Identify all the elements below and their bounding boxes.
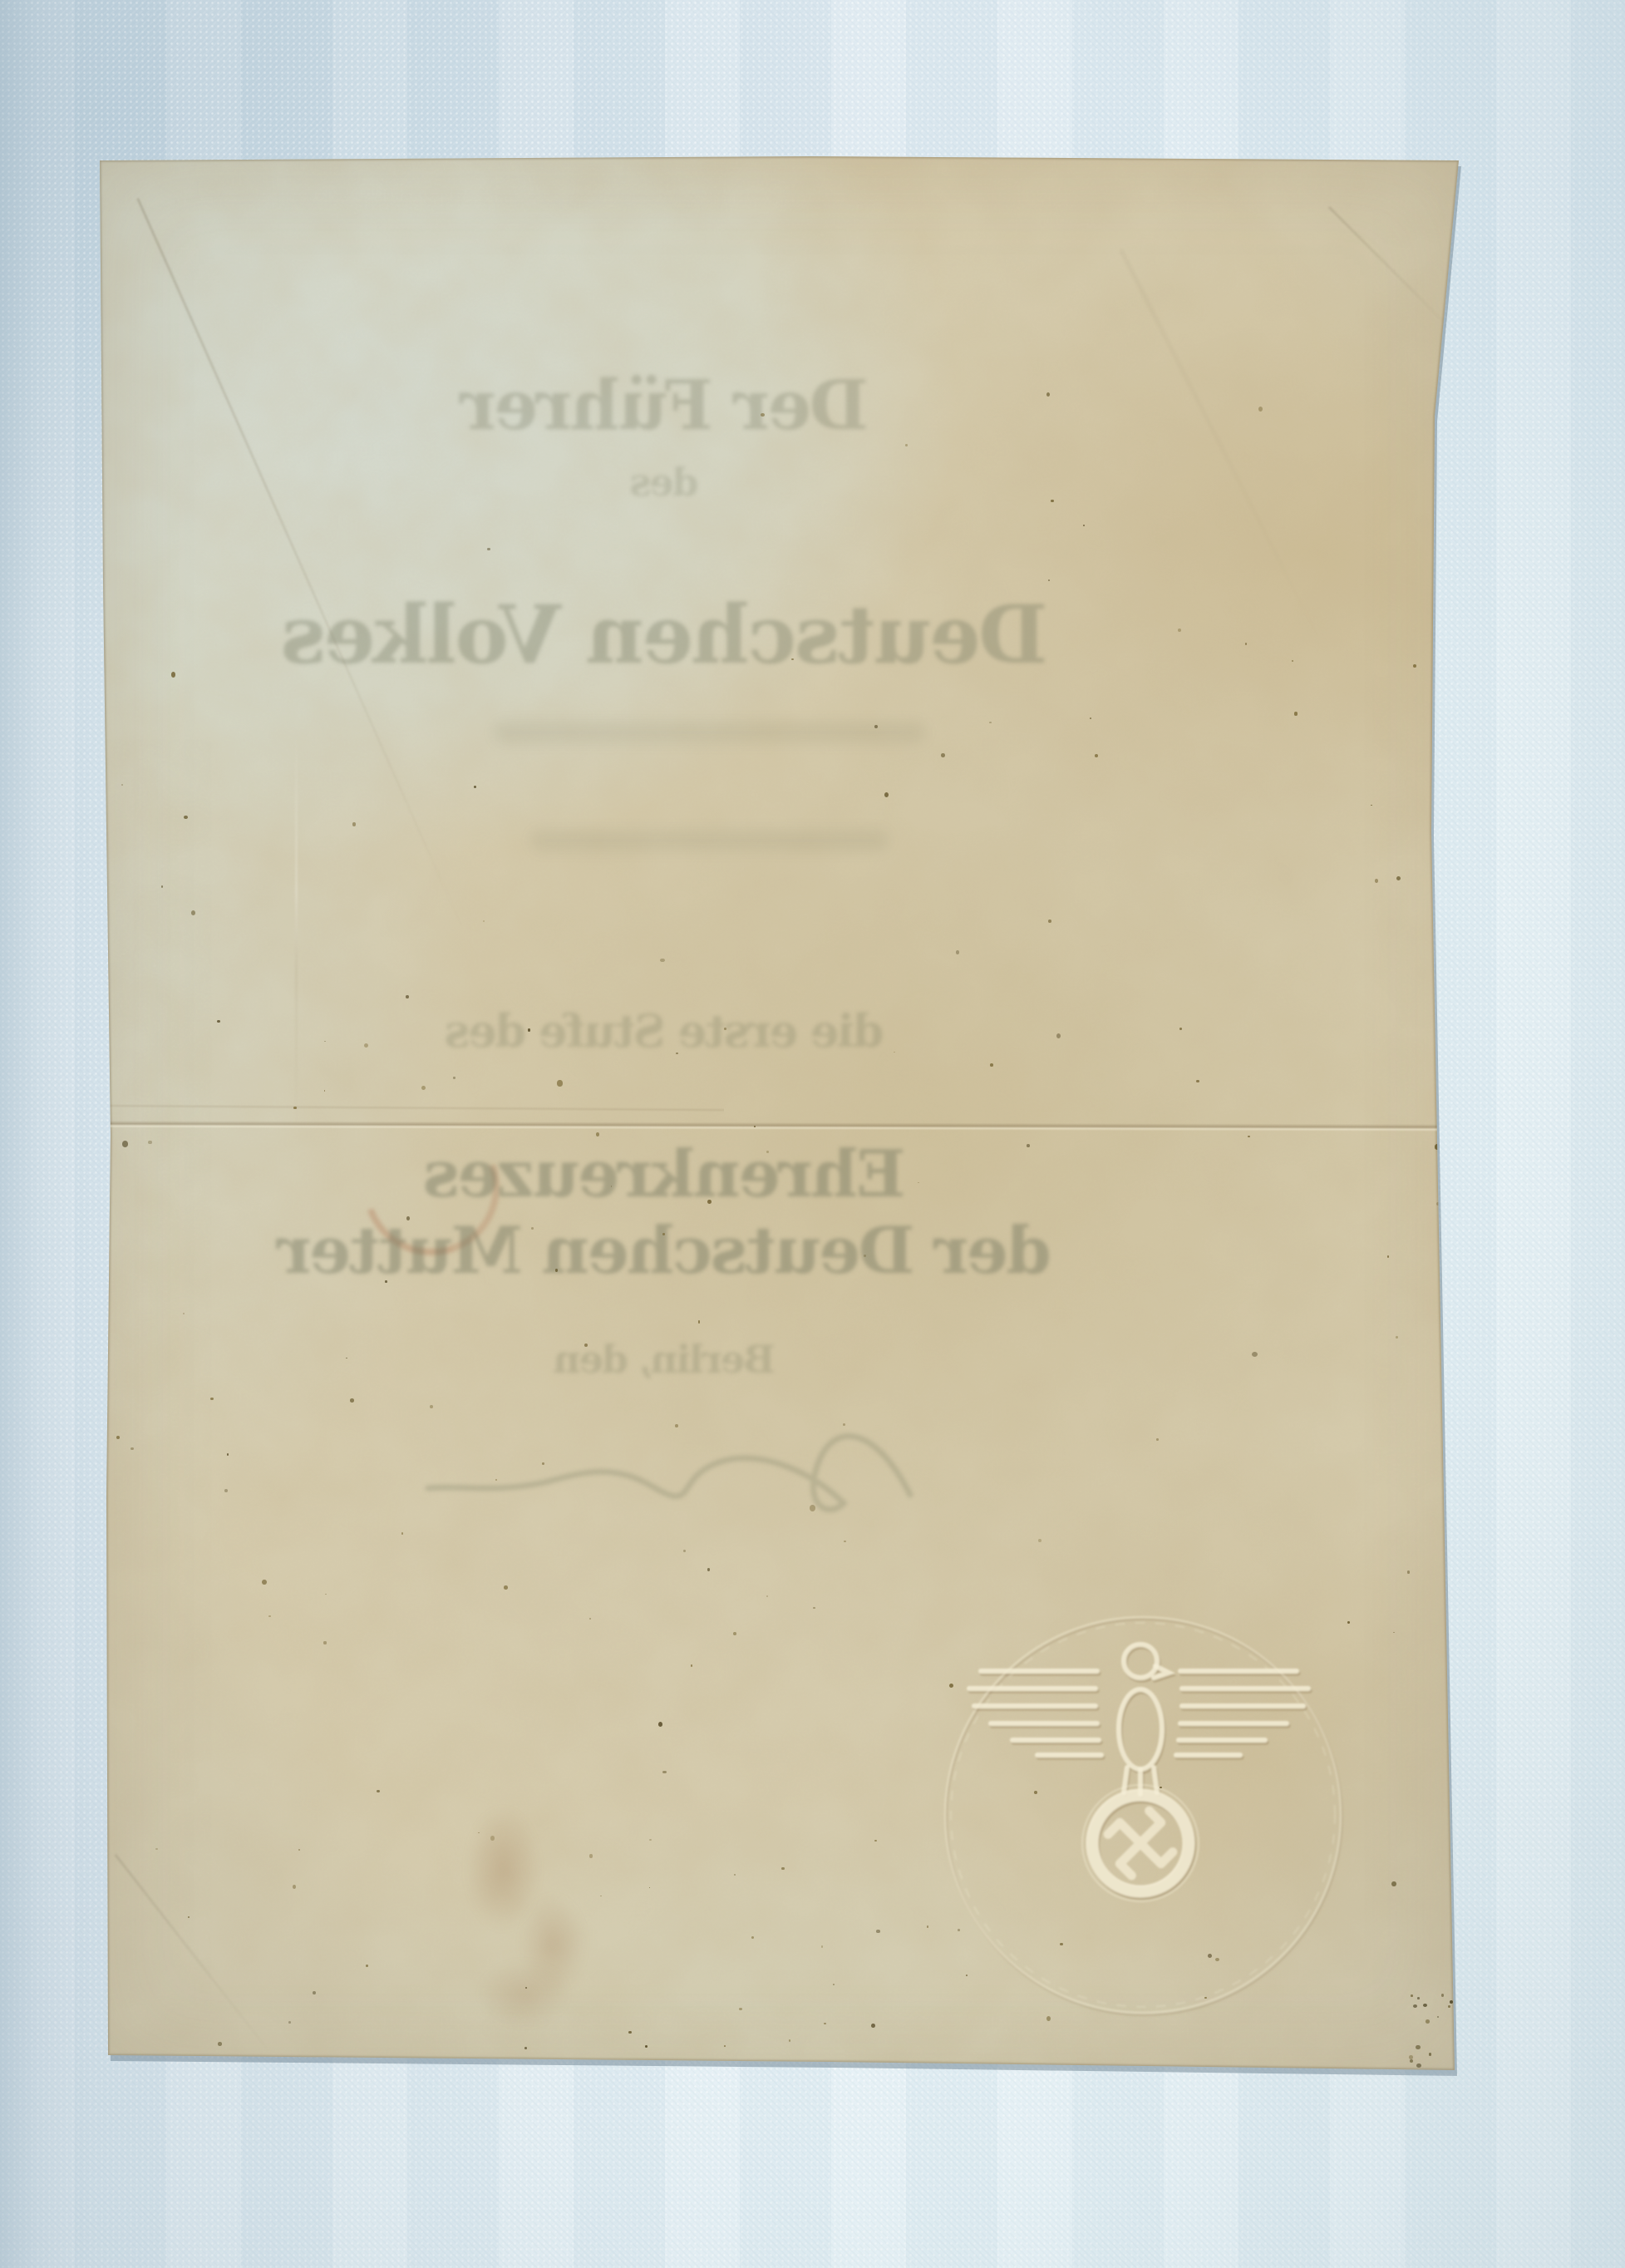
photo-vignette bbox=[0, 0, 1625, 2268]
photo-scene: Der Führer des Deutschen Volkes die erst… bbox=[0, 0, 1625, 2268]
